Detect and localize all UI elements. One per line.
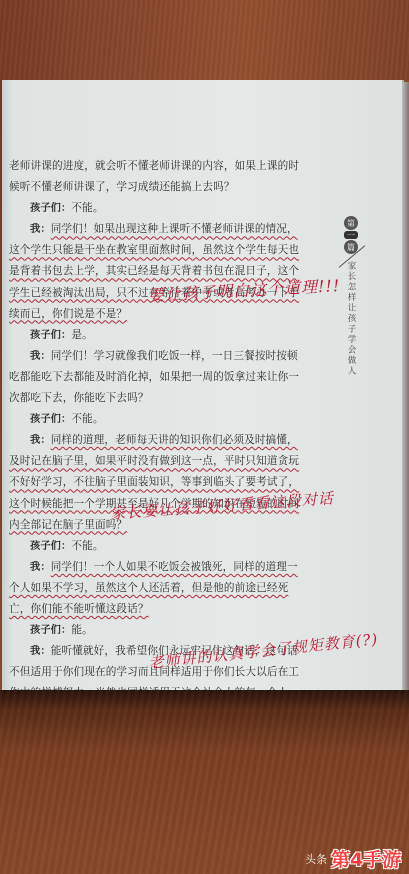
- paragraph: 孩子们：不能。: [9, 409, 305, 430]
- speaker: 孩子们：: [30, 330, 71, 341]
- speaker: 我：: [30, 562, 51, 573]
- watermark-source: 头条: [305, 851, 327, 867]
- paragraph: 孩子们：是。: [9, 325, 305, 346]
- chapter-badge-3: 篇: [344, 240, 358, 254]
- speaker: 孩子们：: [30, 203, 71, 214]
- underlined-text: 同学们！一个人如果不吃饭会被饿死，同样的道理一个人如果不学习，虽然这个人还活着，…: [9, 561, 298, 615]
- chapter-badge-1: 第: [344, 216, 358, 230]
- watermark: 头条 第4手游: [305, 845, 401, 872]
- chapter-badge-2: 一: [344, 231, 358, 239]
- speaker: 我：: [30, 435, 51, 446]
- paragraph: 我：同学们！学习就像我们吃饭一样，一日三餐按时按顿吃都能吃下去都能及时消化掉，如…: [9, 346, 305, 409]
- watermark-logo: 第4手游: [331, 845, 401, 872]
- paragraph: 孩子们：能。: [9, 620, 305, 641]
- speaker: 我：: [30, 646, 51, 657]
- paragraph: 我：同学们！如果出现这种上课听不懂老师讲课的情况，这个学生只能是干坐在教室里面熬…: [9, 219, 305, 324]
- paragraph: 孩子们：不能。: [9, 536, 305, 557]
- speaker: 我：: [30, 224, 51, 235]
- speaker: 孩子们：: [30, 541, 71, 552]
- book-page: 第 一 篇 家长怎样让孩子学会做人 老师讲课的进度，就会听不懂老师讲课的内容，如…: [2, 80, 402, 694]
- chapter-title: 家长怎样让孩子学会做人: [345, 261, 357, 377]
- wood-table-top: [0, 0, 409, 80]
- chapter-side-tab: 第 一 篇 家长怎样让孩子学会做人: [343, 216, 359, 377]
- speaker: 我：: [30, 351, 51, 362]
- paragraph: 孩子们：不能。: [9, 198, 305, 219]
- paragraph: 我：同学们！一个人如果不吃饭会被饿死，同样的道理一个人如果不学习，虽然这个人还活…: [9, 557, 305, 620]
- paragraph: 老师讲课的进度，就会听不懂老师讲课的内容，如果上课的时候听不懂老师讲课了，学习成…: [9, 156, 305, 198]
- speaker: 孩子们：: [30, 625, 71, 636]
- speaker: 孩子们：: [30, 414, 71, 425]
- page-edge: [402, 82, 409, 692]
